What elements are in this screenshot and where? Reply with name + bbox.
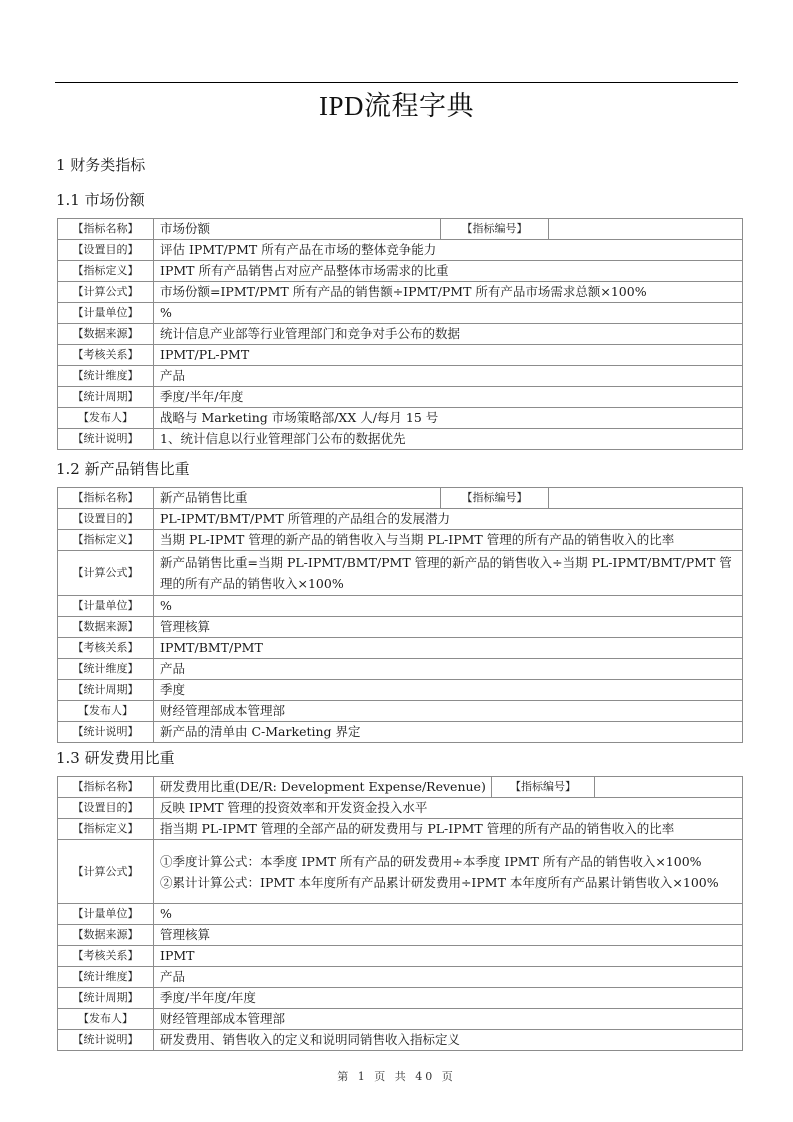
value-unit: % — [154, 303, 743, 324]
header-rule — [55, 82, 738, 83]
row-notes: 【统计说明】新产品的清单由 C-Marketing 界定 — [58, 722, 743, 743]
value-relation: IPMT/BMT/PMT — [154, 638, 743, 659]
label-unit: 【计量单位】 — [58, 303, 154, 324]
label-publisher: 【发布人】 — [58, 1009, 154, 1030]
value-dimension: 产品 — [154, 967, 743, 988]
row-dimension: 【统计维度】产品 — [58, 659, 743, 680]
row-period: 【统计周期】季度/半年度/年度 — [58, 988, 743, 1009]
row-unit: 【计量单位】% — [58, 904, 743, 925]
label-period: 【统计周期】 — [58, 680, 154, 701]
label-relation: 【考核关系】 — [58, 638, 154, 659]
label-relation: 【考核关系】 — [58, 946, 154, 967]
row-purpose: 【设置目的】PL-IPMT/BMT/PMT 所管理的产品组合的发展潜力 — [58, 509, 743, 530]
label-notes: 【统计说明】 — [58, 722, 154, 743]
value-formula: ①季度计算公式：本季度 IPMT 所有产品的研发费用÷本季度 IPMT 所有产品… — [154, 840, 743, 904]
row-publisher: 【发布人】战略与 Marketing 市场策略部/XX 人/每月 15 号 — [58, 408, 743, 429]
value-relation: IPMT — [154, 946, 743, 967]
label-source: 【数据来源】 — [58, 617, 154, 638]
row-formula: 【计算公式】市场份额=IPMT/PMT 所有产品的销售额÷IPMT/PMT 所有… — [58, 282, 743, 303]
label-definition: 【指标定义】 — [58, 261, 154, 282]
row-name: 【指标名称】 研发费用比重(DE/R: Development Expense/… — [58, 777, 743, 798]
value-publisher: 财经管理部成本管理部 — [154, 701, 743, 722]
value-formula: 新产品销售比重=当期 PL-IPMT/BMT/PMT 管理的新产品的销售收入÷当… — [154, 551, 743, 596]
formula-cumulative: ②累计计算公式：IPMT 本年度所有产品累计研发费用÷IPMT 本年度所有产品累… — [160, 872, 736, 893]
row-unit: 【计量单位】% — [58, 596, 743, 617]
label-dimension: 【统计维度】 — [58, 659, 154, 680]
value-period: 季度/半年度/年度 — [154, 988, 743, 1009]
value-notes: 新产品的清单由 C-Marketing 界定 — [154, 722, 743, 743]
label-definition: 【指标定义】 — [58, 530, 154, 551]
label-notes: 【统计说明】 — [58, 1030, 154, 1051]
row-definition: 【指标定义】当期 PL-IPMT 管理的新产品的销售收入与当期 PL-IPMT … — [58, 530, 743, 551]
value-definition: 指当期 PL-IPMT 管理的全部产品的研发费用与 PL-IPMT 管理的所有产… — [154, 819, 743, 840]
value-source: 管理核算 — [154, 925, 743, 946]
value-formula: 市场份额=IPMT/PMT 所有产品的销售额÷IPMT/PMT 所有产品市场需求… — [154, 282, 743, 303]
label-purpose: 【设置目的】 — [58, 798, 154, 819]
section-heading-new-product-sales: 1.2 新产品销售比重 — [56, 459, 190, 479]
value-code — [549, 488, 743, 509]
row-notes: 【统计说明】1、统计信息以行业管理部门公布的数据优先 — [58, 429, 743, 450]
label-source: 【数据来源】 — [58, 324, 154, 345]
label-formula: 【计算公式】 — [58, 551, 154, 596]
section-heading-market-share: 1.1 市场份额 — [56, 190, 145, 210]
label-code: 【指标编号】 — [441, 488, 549, 509]
value-name: 市场份额 — [154, 219, 441, 240]
value-purpose: 评估 IPMT/PMT 所有产品在市场的整体竞争能力 — [154, 240, 743, 261]
row-dimension: 【统计维度】产品 — [58, 967, 743, 988]
label-purpose: 【设置目的】 — [58, 509, 154, 530]
value-period: 季度/半年/年度 — [154, 387, 743, 408]
label-name: 【指标名称】 — [58, 777, 154, 798]
value-notes: 研发费用、销售收入的定义和说明同销售收入指标定义 — [154, 1030, 743, 1051]
row-relation: 【考核关系】IPMT/PL-PMT — [58, 345, 743, 366]
value-definition: IPMT 所有产品销售占对应产品整体市场需求的比重 — [154, 261, 743, 282]
value-dimension: 产品 — [154, 366, 743, 387]
label-dimension: 【统计维度】 — [58, 366, 154, 387]
section-heading-rd-expense-ratio: 1.3 研发费用比重 — [56, 748, 175, 768]
row-dimension: 【统计维度】产品 — [58, 366, 743, 387]
value-definition: 当期 PL-IPMT 管理的新产品的销售收入与当期 PL-IPMT 管理的所有产… — [154, 530, 743, 551]
value-name: 新产品销售比重 — [154, 488, 441, 509]
label-relation: 【考核关系】 — [58, 345, 154, 366]
label-period: 【统计周期】 — [58, 988, 154, 1009]
value-purpose: 反映 IPMT 管理的投资效率和开发资金投入水平 — [154, 798, 743, 819]
value-period: 季度 — [154, 680, 743, 701]
row-relation: 【考核关系】IPMT — [58, 946, 743, 967]
value-relation: IPMT/PL-PMT — [154, 345, 743, 366]
row-source: 【数据来源】统计信息产业部等行业管理部门和竞争对手公布的数据 — [58, 324, 743, 345]
label-unit: 【计量单位】 — [58, 904, 154, 925]
label-formula: 【计算公式】 — [58, 840, 154, 904]
value-source: 统计信息产业部等行业管理部门和竞争对手公布的数据 — [154, 324, 743, 345]
value-unit: % — [154, 904, 743, 925]
row-unit: 【计量单位】% — [58, 303, 743, 324]
label-definition: 【指标定义】 — [58, 819, 154, 840]
value-publisher: 财经管理部成本管理部 — [154, 1009, 743, 1030]
label-name: 【指标名称】 — [58, 219, 154, 240]
row-notes: 【统计说明】研发费用、销售收入的定义和说明同销售收入指标定义 — [58, 1030, 743, 1051]
label-purpose: 【设置目的】 — [58, 240, 154, 261]
document-title: IPD流程字典 — [0, 88, 793, 124]
label-publisher: 【发布人】 — [58, 408, 154, 429]
page-number: 第 1 页 共 40 页 — [0, 1068, 793, 1084]
row-formula: 【计算公式】新产品销售比重=当期 PL-IPMT/BMT/PMT 管理的新产品的… — [58, 551, 743, 596]
row-formula: 【计算公式】 ①季度计算公式：本季度 IPMT 所有产品的研发费用÷本季度 IP… — [58, 840, 743, 904]
value-source: 管理核算 — [154, 617, 743, 638]
value-name: 研发费用比重(DE/R: Development Expense/Revenue… — [154, 777, 492, 798]
value-code — [549, 219, 743, 240]
row-publisher: 【发布人】财经管理部成本管理部 — [58, 1009, 743, 1030]
label-code: 【指标编号】 — [492, 777, 595, 798]
row-name: 【指标名称】 市场份额 【指标编号】 — [58, 219, 743, 240]
label-name: 【指标名称】 — [58, 488, 154, 509]
metric-table-market-share: 【指标名称】 市场份额 【指标编号】 【设置目的】评估 IPMT/PMT 所有产… — [57, 218, 743, 450]
value-code — [595, 777, 743, 798]
row-period: 【统计周期】季度 — [58, 680, 743, 701]
formula-quarterly: ①季度计算公式：本季度 IPMT 所有产品的研发费用÷本季度 IPMT 所有产品… — [160, 851, 736, 872]
row-purpose: 【设置目的】反映 IPMT 管理的投资效率和开发资金投入水平 — [58, 798, 743, 819]
label-period: 【统计周期】 — [58, 387, 154, 408]
value-dimension: 产品 — [154, 659, 743, 680]
value-publisher: 战略与 Marketing 市场策略部/XX 人/每月 15 号 — [154, 408, 743, 429]
metric-table-rd-expense-ratio: 【指标名称】 研发费用比重(DE/R: Development Expense/… — [57, 776, 743, 1051]
row-relation: 【考核关系】IPMT/BMT/PMT — [58, 638, 743, 659]
label-unit: 【计量单位】 — [58, 596, 154, 617]
label-publisher: 【发布人】 — [58, 701, 154, 722]
label-formula: 【计算公式】 — [58, 282, 154, 303]
row-source: 【数据来源】管理核算 — [58, 617, 743, 638]
row-purpose: 【设置目的】评估 IPMT/PMT 所有产品在市场的整体竞争能力 — [58, 240, 743, 261]
row-period: 【统计周期】季度/半年/年度 — [58, 387, 743, 408]
metric-table-new-product-sales: 【指标名称】 新产品销售比重 【指标编号】 【设置目的】PL-IPMT/BMT/… — [57, 487, 743, 743]
row-definition: 【指标定义】指当期 PL-IPMT 管理的全部产品的研发费用与 PL-IPMT … — [58, 819, 743, 840]
row-publisher: 【发布人】财经管理部成本管理部 — [58, 701, 743, 722]
label-notes: 【统计说明】 — [58, 429, 154, 450]
label-code: 【指标编号】 — [441, 219, 549, 240]
label-source: 【数据来源】 — [58, 925, 154, 946]
value-notes: 1、统计信息以行业管理部门公布的数据优先 — [154, 429, 743, 450]
row-name: 【指标名称】 新产品销售比重 【指标编号】 — [58, 488, 743, 509]
chapter-heading: 1 财务类指标 — [56, 155, 145, 175]
value-unit: % — [154, 596, 743, 617]
label-dimension: 【统计维度】 — [58, 967, 154, 988]
row-source: 【数据来源】管理核算 — [58, 925, 743, 946]
value-purpose: PL-IPMT/BMT/PMT 所管理的产品组合的发展潜力 — [154, 509, 743, 530]
row-definition: 【指标定义】IPMT 所有产品销售占对应产品整体市场需求的比重 — [58, 261, 743, 282]
